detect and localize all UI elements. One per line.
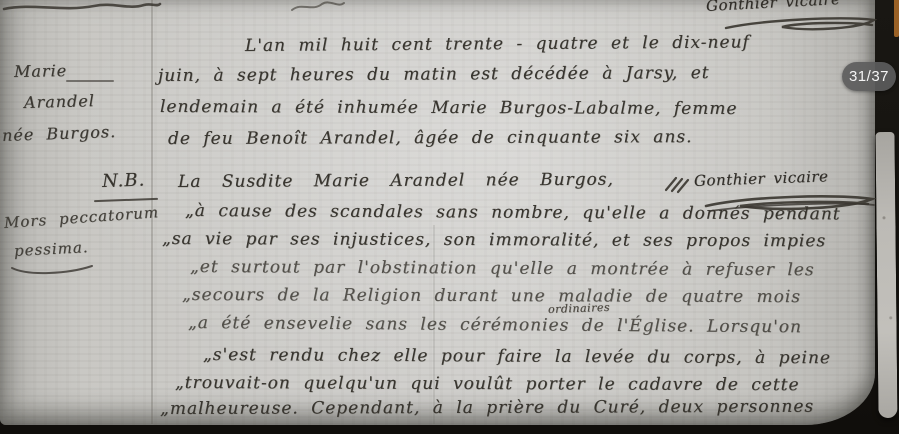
margin-name-2: Arandel	[24, 91, 95, 112]
handwritten-line: La Susdite Marie Arandel née Burgos,	[178, 170, 614, 192]
handwritten-line: „secours de la Religion durant une malad…	[182, 285, 801, 307]
top-left-signature-flourish	[2, 0, 162, 16]
top-stroke-fragment	[288, 0, 348, 14]
handwritten-line: juin, à sept heures du matin est décédée…	[158, 63, 710, 86]
handwritten-line: „sa vie par ses injustices, son immorali…	[162, 229, 826, 251]
scrollbar-thumb[interactable]	[894, 0, 899, 37]
page-counter-badge: 31/37	[842, 62, 896, 91]
handwritten-line: „trouvait-on quelqu'un qui voulût porter…	[175, 373, 800, 395]
margin-name-3: née Burgos.	[2, 122, 117, 145]
margin-latin-flourish	[8, 262, 98, 278]
signature-top-flourish	[722, 12, 882, 34]
handwritten-line: „malheureuse. Cependant, à la prière du …	[160, 397, 814, 419]
interlinear-insertion: ordinaires	[548, 301, 610, 316]
handwritten-line: L'an mil huit cent trente - quatre et le…	[245, 32, 750, 56]
handwritten-line: „a été ensevelie sans les cérémonies de …	[188, 313, 802, 337]
handwritten-line: lendemain a été inhumée Marie Burgos-Lab…	[160, 97, 738, 119]
handwritten-line: „s'est rendu chez elle pour faire la lev…	[203, 345, 831, 368]
next-page-edge	[876, 132, 898, 418]
margin-name-dash	[66, 80, 114, 82]
viewer-canvas[interactable]: { "viewer": { "page_indicator": "31/37",…	[0, 0, 899, 434]
signature-hash-marks	[662, 176, 692, 194]
nb-marker: N.B.	[102, 169, 146, 191]
handwritten-line: „et surtout par l'obstination qu'elle a …	[190, 257, 815, 280]
handwritten-line: de feu Benoît Arandel, âgée de cinquante…	[168, 127, 693, 149]
margin-name-1: Marie	[14, 61, 67, 81]
signature-mid-flourish	[700, 190, 880, 214]
